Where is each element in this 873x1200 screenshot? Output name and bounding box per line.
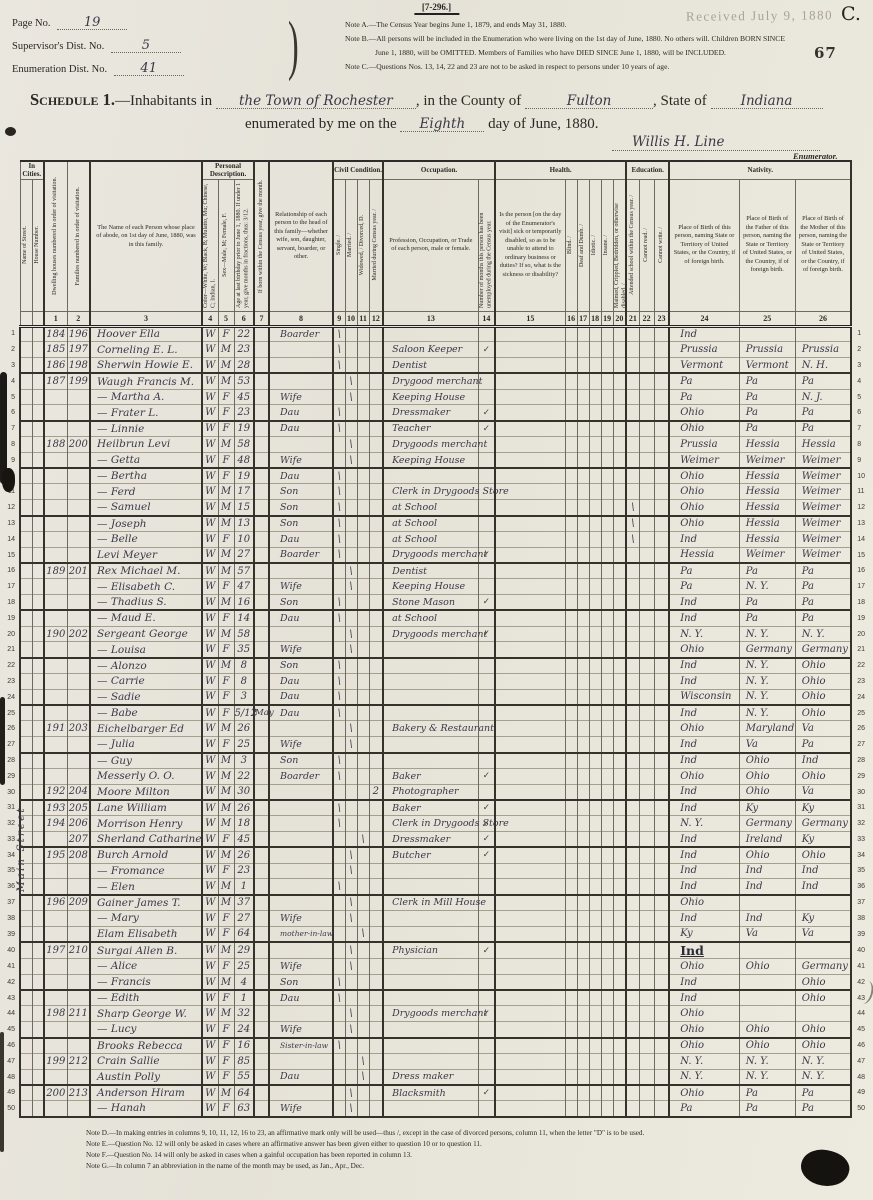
row-number-left: 47 bbox=[4, 1053, 20, 1069]
cell-relationship: Wife bbox=[269, 452, 333, 468]
cell-married-census-year bbox=[369, 563, 383, 579]
cell-maimed bbox=[613, 816, 626, 832]
cell-sex: F bbox=[218, 705, 234, 721]
cell-sickness bbox=[495, 689, 565, 705]
cell-idiotic bbox=[589, 1022, 601, 1038]
cell-cannot-write bbox=[654, 389, 669, 405]
cell-occupation: Clerk in Drygoods Store bbox=[383, 816, 478, 832]
cell-cannot-write bbox=[654, 405, 669, 421]
row-number-left: 24 bbox=[4, 689, 20, 705]
cell-deaf bbox=[577, 737, 589, 753]
cell-age: 19 bbox=[234, 468, 254, 484]
cell-sickness bbox=[495, 879, 565, 895]
cell-birthplace-father: Pa bbox=[739, 373, 795, 389]
row-number-left: 38 bbox=[4, 910, 20, 926]
cell-school-mark bbox=[626, 674, 639, 690]
cell-widowed-mark bbox=[357, 800, 369, 816]
cell-relationship bbox=[269, 342, 333, 358]
cell-widowed-mark bbox=[357, 563, 369, 579]
cell-maimed bbox=[613, 863, 626, 879]
cell-idiotic bbox=[589, 768, 601, 784]
cell-cannot-read bbox=[639, 626, 654, 642]
cell-unemployed-check bbox=[478, 642, 495, 658]
cell-maimed bbox=[613, 990, 626, 1006]
cell-school-mark bbox=[626, 974, 639, 990]
cell-house-number bbox=[32, 1085, 44, 1101]
cell-cannot-write bbox=[654, 516, 669, 532]
cell-married-mark bbox=[345, 800, 357, 816]
cell-birth-month bbox=[254, 421, 269, 437]
cell-married-census-year bbox=[369, 689, 383, 705]
cell-insane bbox=[601, 389, 613, 405]
cell-married-census-year bbox=[369, 705, 383, 721]
cell-idiotic bbox=[589, 847, 601, 863]
cell-occupation: Dressmaker bbox=[383, 832, 478, 848]
column-number: 17 bbox=[577, 311, 589, 326]
cell-widowed-mark bbox=[357, 405, 369, 421]
cell-person-name: — Bertha bbox=[90, 468, 202, 484]
cell-birthplace-mother: Weimer bbox=[795, 500, 851, 516]
cell-family-number: 203 bbox=[67, 721, 90, 737]
cell-deaf bbox=[577, 610, 589, 626]
cell-cannot-read bbox=[639, 547, 654, 563]
column-header-text: Place of Birth of this person, naming St… bbox=[670, 223, 739, 268]
row-number-right: 37 bbox=[851, 895, 869, 911]
cell-school-mark bbox=[626, 737, 639, 753]
cell-sickness bbox=[495, 595, 565, 611]
column-header: Color—White, W; Black, B; Mulatto, Mu; C… bbox=[202, 179, 218, 311]
note-a: Note A.—The Census Year begins June 1, 1… bbox=[345, 18, 795, 32]
cell-insane bbox=[601, 373, 613, 389]
cell-birthplace-mother: Weimer bbox=[795, 531, 851, 547]
table-row: 8188200Heilbrun LeviWM58\Drygoods mercha… bbox=[4, 437, 869, 453]
cell-maimed bbox=[613, 784, 626, 800]
cell-dwelling-number: 193 bbox=[44, 800, 67, 816]
cell-cannot-read bbox=[639, 1038, 654, 1054]
cell-birth-month bbox=[254, 863, 269, 879]
cell-house-number bbox=[32, 768, 44, 784]
corner-letter: C. bbox=[841, 3, 861, 25]
column-header: Blind. / bbox=[565, 179, 577, 311]
row-number-left: 13 bbox=[4, 516, 20, 532]
cell-age: 23 bbox=[234, 342, 254, 358]
cell-widowed-mark bbox=[357, 737, 369, 753]
row-number-gutter bbox=[851, 161, 869, 326]
cell-married-mark bbox=[345, 326, 357, 342]
scan-artifact bbox=[0, 697, 5, 785]
cell-birthplace-self: Ohio bbox=[669, 468, 739, 484]
column-header-text: Sex—Male, M; Female, F. bbox=[222, 213, 230, 277]
cell-occupation: Stone Mason bbox=[383, 595, 478, 611]
cell-married-census-year: 2 bbox=[369, 784, 383, 800]
row-number-left: 23 bbox=[4, 674, 20, 690]
column-header: Place of Birth of the Mother of this per… bbox=[795, 179, 851, 311]
cell-married-census-year bbox=[369, 437, 383, 453]
cell-married-mark bbox=[345, 658, 357, 674]
supervisor-dist-label: Supervisor's Dist. No. bbox=[12, 41, 104, 52]
cell-blind bbox=[565, 753, 577, 769]
column-header: Relationship of each person to the head … bbox=[269, 161, 333, 311]
cell-birthplace-father bbox=[739, 326, 795, 342]
page-no-value: 19 bbox=[57, 16, 127, 30]
cell-birthplace-father bbox=[739, 974, 795, 990]
row-number-right: 16 bbox=[851, 563, 869, 579]
cell-school-mark bbox=[626, 437, 639, 453]
cell-family-number bbox=[67, 468, 90, 484]
cell-birthplace-self: Ohio bbox=[669, 1006, 739, 1022]
cell-idiotic bbox=[589, 516, 601, 532]
cell-single-mark: \ bbox=[333, 484, 345, 500]
cell-birthplace-mother: Weimer bbox=[795, 484, 851, 500]
cell-sickness bbox=[495, 373, 565, 389]
cell-relationship: Wife bbox=[269, 1101, 333, 1117]
cell-widowed-mark bbox=[357, 990, 369, 1006]
cell-dwelling-number: 184 bbox=[44, 326, 67, 342]
cell-deaf bbox=[577, 531, 589, 547]
cell-married-census-year bbox=[369, 990, 383, 1006]
cell-birthplace-mother: Ind bbox=[795, 863, 851, 879]
column-number: 2 bbox=[67, 311, 90, 326]
cell-sickness bbox=[495, 705, 565, 721]
cell-house-number bbox=[32, 626, 44, 642]
cell-deaf bbox=[577, 452, 589, 468]
column-header: Single. / bbox=[333, 179, 345, 311]
cell-widowed-mark bbox=[357, 658, 369, 674]
cell-insane bbox=[601, 959, 613, 975]
table-row: 39Elam ElisabethWF64mother-in-law\KyVaVa… bbox=[4, 926, 869, 942]
cell-sex: F bbox=[218, 910, 234, 926]
cell-person-name: — Mary bbox=[90, 910, 202, 926]
row-number-left: 21 bbox=[4, 642, 20, 658]
cell-idiotic bbox=[589, 484, 601, 500]
cell-birthplace-self: Ohio bbox=[669, 421, 739, 437]
cell-school-mark bbox=[626, 421, 639, 437]
cell-widowed-mark bbox=[357, 326, 369, 342]
cell-cannot-read bbox=[639, 784, 654, 800]
row-number-left: 20 bbox=[4, 626, 20, 642]
cell-widowed-mark bbox=[357, 547, 369, 563]
cell-insane bbox=[601, 326, 613, 342]
cell-married-mark bbox=[345, 610, 357, 626]
cell-person-name: Waugh Francis M. bbox=[90, 373, 202, 389]
cell-birth-month bbox=[254, 1006, 269, 1022]
column-number: 5 bbox=[218, 311, 234, 326]
cell-dwelling-number bbox=[44, 959, 67, 975]
cell-birthplace-father bbox=[739, 895, 795, 911]
cell-age: 5/12 bbox=[234, 705, 254, 721]
column-group-header: Civil Condition. bbox=[333, 161, 383, 179]
cell-sex: M bbox=[218, 563, 234, 579]
cell-deaf bbox=[577, 959, 589, 975]
cell-age: 48 bbox=[234, 452, 254, 468]
cell-color: W bbox=[202, 1038, 218, 1054]
cell-person-name: Hoover Ella bbox=[90, 326, 202, 342]
cell-married-mark: \ bbox=[345, 942, 357, 959]
cell-street bbox=[20, 674, 32, 690]
cell-color: W bbox=[202, 879, 218, 895]
cell-single-mark: \ bbox=[333, 658, 345, 674]
cell-insane bbox=[601, 689, 613, 705]
cell-person-name: — Thadius S. bbox=[90, 595, 202, 611]
cell-sickness bbox=[495, 452, 565, 468]
cell-house-number bbox=[32, 753, 44, 769]
cell-deaf bbox=[577, 879, 589, 895]
cell-dwelling-number: 187 bbox=[44, 373, 67, 389]
cell-widowed-mark bbox=[357, 879, 369, 895]
cell-insane bbox=[601, 421, 613, 437]
cell-blind bbox=[565, 500, 577, 516]
cell-blind bbox=[565, 974, 577, 990]
cell-sex: M bbox=[218, 658, 234, 674]
cell-unemployed-check bbox=[478, 1069, 495, 1085]
schedule-label: Schedule 1. bbox=[30, 90, 115, 109]
column-header-text: Age at last birthday prior to June 1, 18… bbox=[236, 182, 251, 308]
cell-relationship bbox=[269, 895, 333, 911]
row-number-left: 44 bbox=[4, 1006, 20, 1022]
cell-person-name: — Elen bbox=[90, 879, 202, 895]
column-header-text: If born within the Census year, give the… bbox=[258, 180, 266, 293]
cell-single-mark bbox=[333, 1085, 345, 1101]
column-header: Attended school within the Census year. … bbox=[626, 179, 639, 311]
cell-dwelling-number: 196 bbox=[44, 895, 67, 911]
column-header: If born within the Census year, give the… bbox=[254, 161, 269, 311]
cell-person-name: Sherland Catharine bbox=[90, 832, 202, 848]
table-row: 18— Thadius S.WM16Son\Stone Mason✓IndPaP… bbox=[4, 595, 869, 611]
cell-maimed bbox=[613, 689, 626, 705]
cell-house-number bbox=[32, 863, 44, 879]
cell-widowed-mark: \ bbox=[357, 1069, 369, 1085]
cell-school-mark: \ bbox=[626, 516, 639, 532]
cell-color: W bbox=[202, 358, 218, 374]
note-b-line1: Note B.—All persons will be included in … bbox=[345, 32, 795, 46]
cell-unemployed-check bbox=[478, 863, 495, 879]
cell-sickness bbox=[495, 768, 565, 784]
cell-blind bbox=[565, 626, 577, 642]
cell-unemployed-check bbox=[478, 705, 495, 721]
cell-maimed bbox=[613, 547, 626, 563]
cell-birthplace-father: N. Y. bbox=[739, 626, 795, 642]
cell-married-census-year bbox=[369, 942, 383, 959]
table-row: 33207Sherland CatharineWF45\Dressmaker✓I… bbox=[4, 832, 869, 848]
cell-street bbox=[20, 1053, 32, 1069]
cell-house-number bbox=[32, 847, 44, 863]
cell-occupation bbox=[383, 1101, 478, 1117]
cell-idiotic bbox=[589, 389, 601, 405]
cell-family-number bbox=[67, 959, 90, 975]
cell-married-census-year bbox=[369, 1053, 383, 1069]
column-number: 24 bbox=[669, 311, 739, 326]
cell-family-number: 204 bbox=[67, 784, 90, 800]
cell-maimed bbox=[613, 326, 626, 342]
cell-blind bbox=[565, 373, 577, 389]
cell-married-census-year bbox=[369, 326, 383, 342]
cell-unemployed-check: ✓ bbox=[478, 595, 495, 611]
cell-person-name: Sergeant George bbox=[90, 626, 202, 642]
cell-family-number bbox=[67, 990, 90, 1006]
cell-blind bbox=[565, 579, 577, 595]
column-number: 11 bbox=[357, 311, 369, 326]
cell-color: W bbox=[202, 452, 218, 468]
cell-relationship: Son bbox=[269, 595, 333, 611]
cell-cannot-read bbox=[639, 579, 654, 595]
cell-person-name: — Fromance bbox=[90, 863, 202, 879]
cell-occupation bbox=[383, 990, 478, 1006]
cell-street bbox=[20, 990, 32, 1006]
column-header-text: Number of months this person has been un… bbox=[479, 182, 494, 308]
table-row: 22— AlonzoWM8Son\IndN. Y.Ohio22 bbox=[4, 658, 869, 674]
cell-blind bbox=[565, 1038, 577, 1054]
cell-street bbox=[20, 389, 32, 405]
cell-deaf bbox=[577, 800, 589, 816]
cell-occupation bbox=[383, 959, 478, 975]
table-row: 11— FerdWM17Son\Clerk in Drygoods StoreO… bbox=[4, 484, 869, 500]
cell-person-name: Elam Elisabeth bbox=[90, 926, 202, 942]
column-number: 1 bbox=[44, 311, 67, 326]
cell-birthplace-self: Ind bbox=[669, 832, 739, 848]
cell-married-census-year bbox=[369, 421, 383, 437]
cell-maimed bbox=[613, 1006, 626, 1022]
cell-birthplace-father: N. Y. bbox=[739, 658, 795, 674]
cell-birthplace-father bbox=[739, 1006, 795, 1022]
row-number-left: 14 bbox=[4, 531, 20, 547]
cell-sickness bbox=[495, 847, 565, 863]
cell-birthplace-father: Pa bbox=[739, 563, 795, 579]
cell-insane bbox=[601, 595, 613, 611]
cell-widowed-mark bbox=[357, 674, 369, 690]
cell-cannot-write bbox=[654, 737, 669, 753]
cell-blind bbox=[565, 531, 577, 547]
cell-house-number bbox=[32, 547, 44, 563]
cell-family-number bbox=[67, 926, 90, 942]
column-header-text: Single. / bbox=[336, 235, 344, 255]
table-row: 48Austin PollyWF55Dau\Dress makerN. Y.N.… bbox=[4, 1069, 869, 1085]
cell-insane bbox=[601, 358, 613, 374]
cell-person-name: Burch Arnold bbox=[90, 847, 202, 863]
cell-birthplace-father: Ohio bbox=[739, 1022, 795, 1038]
cell-deaf bbox=[577, 816, 589, 832]
cell-relationship: Son bbox=[269, 753, 333, 769]
cell-color: W bbox=[202, 1101, 218, 1117]
column-header: Sex—Male, M; Female, F. bbox=[218, 179, 234, 311]
cell-family-number bbox=[67, 658, 90, 674]
cell-blind bbox=[565, 800, 577, 816]
cell-sex: M bbox=[218, 974, 234, 990]
cell-cannot-write bbox=[654, 674, 669, 690]
cell-married-mark bbox=[345, 674, 357, 690]
cell-cannot-write bbox=[654, 942, 669, 959]
cell-birthplace-self: Ind bbox=[669, 974, 739, 990]
cell-street bbox=[20, 516, 32, 532]
cell-idiotic bbox=[589, 990, 601, 1006]
column-header: Number of months this person has been un… bbox=[478, 179, 495, 311]
cell-age: 37 bbox=[234, 895, 254, 911]
cell-occupation: Photographer bbox=[383, 784, 478, 800]
cell-birthplace-father: Prussia bbox=[739, 342, 795, 358]
cell-single-mark: \ bbox=[333, 358, 345, 374]
cell-birth-month bbox=[254, 405, 269, 421]
cell-cannot-read bbox=[639, 389, 654, 405]
cell-birthplace-mother: Ind bbox=[795, 879, 851, 895]
table-row: 41— AliceWF25Wife\OhioOhioGermany41 bbox=[4, 959, 869, 975]
cell-age: 26 bbox=[234, 800, 254, 816]
cell-relationship: Wife bbox=[269, 1022, 333, 1038]
cell-sex: M bbox=[218, 784, 234, 800]
cell-school-mark bbox=[626, 800, 639, 816]
cell-age: 15 bbox=[234, 500, 254, 516]
column-header-text: Attended school within the Census year. … bbox=[629, 195, 637, 295]
cell-family-number bbox=[67, 484, 90, 500]
cell-color: W bbox=[202, 658, 218, 674]
cell-married-census-year bbox=[369, 626, 383, 642]
cell-married-mark: \ bbox=[345, 1006, 357, 1022]
cell-sex: F bbox=[218, 674, 234, 690]
cell-school-mark bbox=[626, 990, 639, 1006]
cell-birthplace-mother: Pa bbox=[795, 610, 851, 626]
column-number: 3 bbox=[90, 311, 202, 326]
cell-idiotic bbox=[589, 737, 601, 753]
row-number-left: 12 bbox=[4, 500, 20, 516]
cell-deaf bbox=[577, 468, 589, 484]
cell-single-mark bbox=[333, 910, 345, 926]
cell-birthplace-father: Vermont bbox=[739, 358, 795, 374]
cell-cannot-write bbox=[654, 326, 669, 342]
cell-maimed bbox=[613, 421, 626, 437]
cell-sickness bbox=[495, 1006, 565, 1022]
cell-relationship: Wife bbox=[269, 389, 333, 405]
cell-house-number bbox=[32, 959, 44, 975]
cell-relationship: Dau bbox=[269, 421, 333, 437]
cell-insane bbox=[601, 926, 613, 942]
cell-single-mark: \ bbox=[333, 1038, 345, 1054]
row-number-right: 19 bbox=[851, 610, 869, 626]
cell-family-number: 208 bbox=[67, 847, 90, 863]
row-number-left: 2 bbox=[4, 342, 20, 358]
cell-cannot-write bbox=[654, 784, 669, 800]
cell-married-mark bbox=[345, 689, 357, 705]
cell-blind bbox=[565, 421, 577, 437]
cell-school-mark bbox=[626, 595, 639, 611]
cell-birthplace-father: Ky bbox=[739, 800, 795, 816]
cell-person-name: Rex Michael M. bbox=[90, 563, 202, 579]
cell-single-mark bbox=[333, 847, 345, 863]
cell-occupation bbox=[383, 658, 478, 674]
cell-age: 8 bbox=[234, 658, 254, 674]
column-group-header: In Cities. bbox=[20, 161, 44, 179]
cell-color: W bbox=[202, 421, 218, 437]
cell-blind bbox=[565, 737, 577, 753]
cell-relationship bbox=[269, 373, 333, 389]
cell-sex: F bbox=[218, 468, 234, 484]
row-number-left: 40 bbox=[4, 942, 20, 959]
cell-sex: M bbox=[218, 816, 234, 832]
cell-birthplace-father: Hessia bbox=[739, 500, 795, 516]
cell-occupation: Drygood merchant bbox=[383, 373, 478, 389]
cell-deaf bbox=[577, 674, 589, 690]
cell-school-mark bbox=[626, 942, 639, 959]
cell-cannot-write bbox=[654, 437, 669, 453]
column-header-text: Married. / bbox=[347, 233, 355, 257]
cell-school-mark bbox=[626, 1069, 639, 1085]
cell-deaf bbox=[577, 1053, 589, 1069]
column-header-text: Blind. / bbox=[567, 236, 575, 254]
column-header-text: The Name of each Person whose place of a… bbox=[91, 223, 201, 251]
cell-married-census-year bbox=[369, 342, 383, 358]
cell-deaf bbox=[577, 832, 589, 848]
cell-occupation bbox=[383, 1053, 478, 1069]
cell-age: 3 bbox=[234, 753, 254, 769]
cell-relationship: Boarder bbox=[269, 768, 333, 784]
table-row: 12— SamuelWM15Son\at School\OhioHessiaWe… bbox=[4, 500, 869, 516]
